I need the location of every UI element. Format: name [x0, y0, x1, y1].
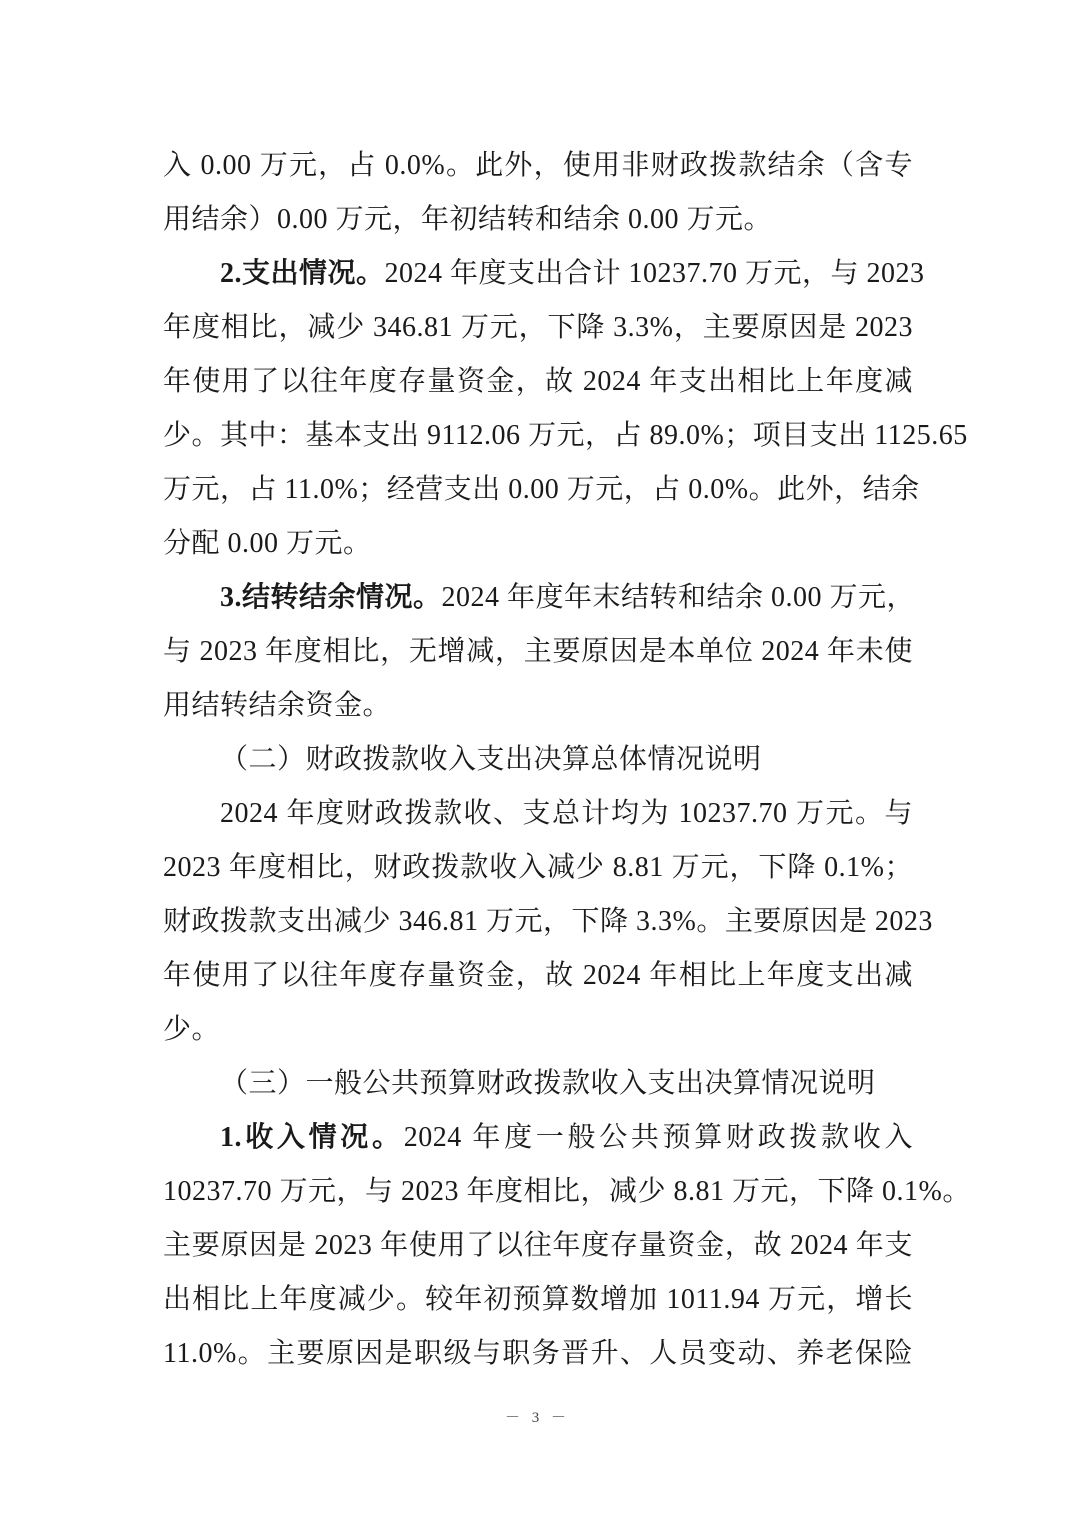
paragraph-line: 与 2023 年度相比，无增减，主要原因是本单位 2024 年未使 [163, 625, 913, 679]
income-paragraph-first-line: 1.收入情况。2024 年度一般公共预算财政拨款收入 [220, 1111, 913, 1165]
paragraph-line: 10237.70 万元，与 2023 年度相比，减少 8.81 万元，下降 0.… [163, 1165, 913, 1219]
paragraph-line: 用结余）0.00 万元，年初结转和结余 0.00 万元。 [163, 193, 913, 247]
paragraph-line: 年度相比，减少 346.81 万元，下降 3.3%，主要原因是 2023 [163, 301, 913, 355]
paragraph-line: 入 0.00 万元，占 0.0%。此外，使用非财政拨款结余（含专 [163, 139, 913, 193]
carryover-label: 3.结转结余情况。 [220, 582, 442, 613]
paragraph-line: 少。其中：基本支出 9112.06 万元，占 89.0%；项目支出 1125.6… [163, 409, 913, 463]
carryover-paragraph-first-line: 3.结转结余情况。2024 年度年末结转和结余 0.00 万元， [220, 571, 913, 625]
expenditure-text: 2024 年度支出合计 10237.70 万元，与 2023 [385, 258, 925, 289]
section-heading-3: （三）一般公共预算财政拨款收入支出决算情况说明 [220, 1057, 913, 1111]
paragraph-line: 财政拨款支出减少 346.81 万元，下降 3.3%。主要原因是 2023 [163, 895, 913, 949]
section-heading-2: （二）财政拨款收入支出决算总体情况说明 [220, 733, 913, 787]
paragraph-line: 年使用了以往年度存量资金，故 2024 年支出相比上年度减 [163, 355, 913, 409]
paragraph-line: 出相比上年度减少。较年初预算数增加 1011.94 万元，增长 [163, 1273, 913, 1327]
paragraph-line: 2024 年度财政拨款收、支总计均为 10237.70 万元。与 [220, 787, 913, 841]
expenditure-paragraph-first-line: 2.支出情况。2024 年度支出合计 10237.70 万元，与 2023 [220, 247, 913, 301]
paragraph-line: 分配 0.00 万元。 [163, 517, 913, 571]
paragraph-line: 年使用了以往年度存量资金，故 2024 年相比上年度支出减 [163, 949, 913, 1003]
carryover-text: 2024 年度年末结转和结余 0.00 万元， [442, 582, 916, 613]
income-label: 1.收入情况。 [220, 1122, 404, 1153]
document-page: 入 0.00 万元，占 0.0%。此外，使用非财政拨款结余（含专 用结余）0.0… [0, 0, 1075, 1520]
paragraph-line: 用结转结余资金。 [163, 679, 913, 733]
page-number: － 3 － [0, 1406, 1075, 1427]
paragraph-line: 少。 [163, 1003, 913, 1057]
paragraph-line: 万元，占 11.0%；经营支出 0.00 万元，占 0.0%。此外，结余 [163, 463, 913, 517]
paragraph-line: 主要原因是 2023 年使用了以往年度存量资金，故 2024 年支 [163, 1219, 913, 1273]
paragraph-line: 11.0%。主要原因是职级与职务晋升、人员变动、养老保险 [163, 1327, 913, 1381]
income-text: 2024 年度一般公共预算财政拨款收入 [404, 1122, 913, 1153]
expenditure-label: 2.支出情况。 [220, 258, 385, 289]
paragraph-line: 2023 年度相比，财政拨款收入减少 8.81 万元，下降 0.1%； [163, 841, 913, 895]
